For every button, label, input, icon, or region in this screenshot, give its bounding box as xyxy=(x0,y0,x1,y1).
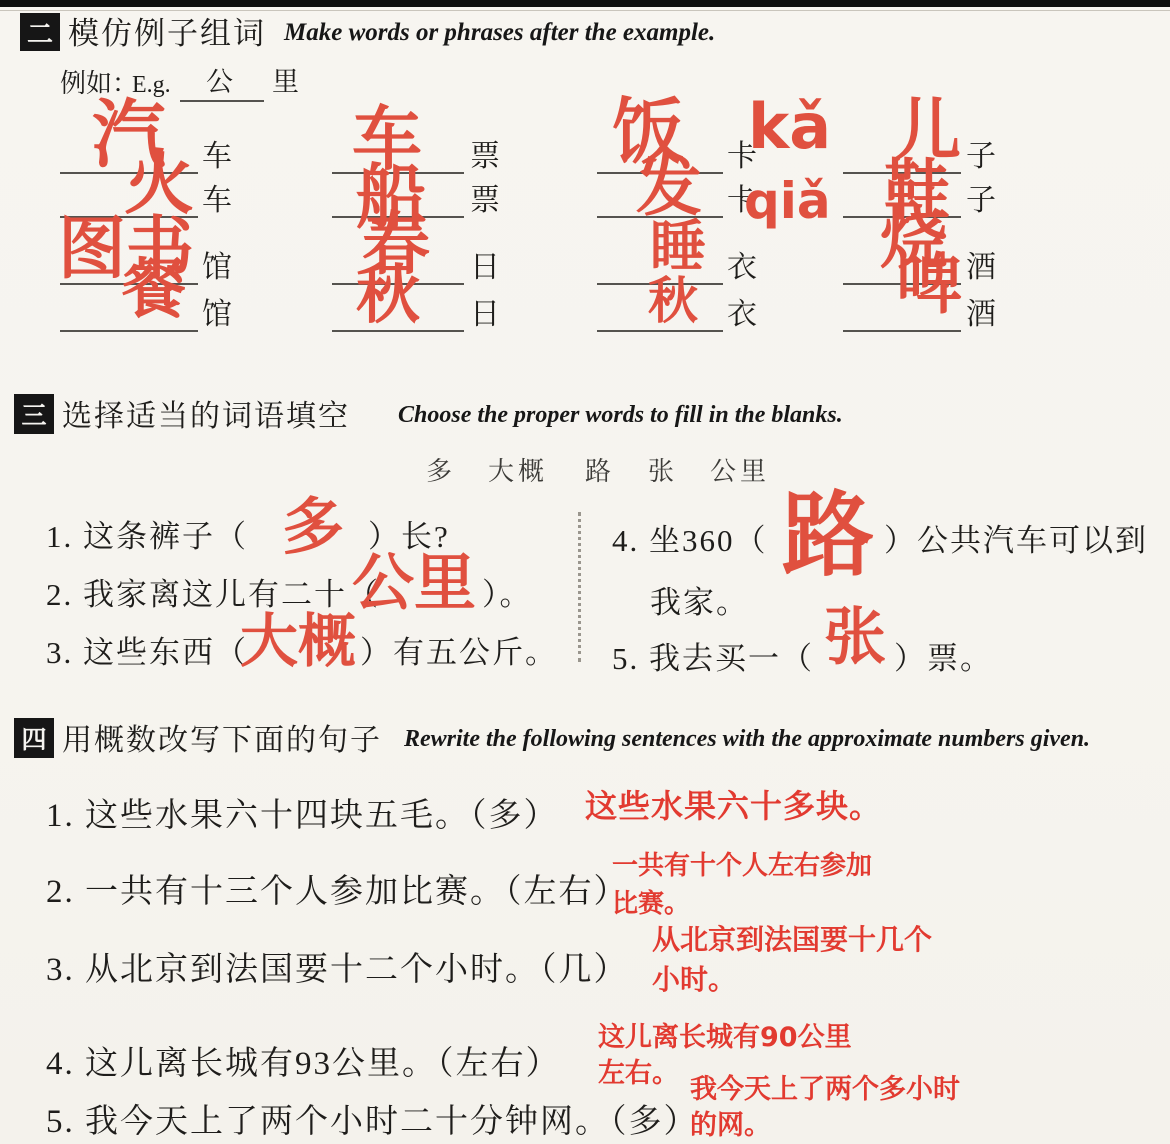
worksheet-page: 二 模仿例子组词 Make words or phrases after the… xyxy=(0,0,1170,1144)
column-divider xyxy=(578,512,581,662)
question-3-5-post: ）票。 xyxy=(894,640,993,679)
section2-title-zh: 模仿例子组词 xyxy=(68,15,266,54)
rewrite-answer-4-2-line1: 一共有十个人左右参加 xyxy=(612,853,872,879)
blank-line xyxy=(597,330,723,332)
handwritten-pinyin: qiǎ xyxy=(744,176,831,226)
handwritten-answer: 秋 xyxy=(648,276,698,326)
handwritten-answer: 啤 xyxy=(896,252,962,318)
word-suffix: 车 xyxy=(202,182,232,220)
rewrite-answer-4-3-line2: 小时。 xyxy=(652,966,736,994)
word-bank-item: 多 xyxy=(426,456,452,489)
word-suffix: 车 xyxy=(202,138,232,176)
handwritten-pinyin: kǎ xyxy=(748,96,831,158)
question-4-1: 1. 这些水果六十四块五毛。（多） xyxy=(46,796,559,837)
word-suffix: 日 xyxy=(470,249,500,287)
fill-answer-3-2: 公里 xyxy=(352,552,476,614)
rewrite-answer-4-5-line1: 我今天上了两个多小时 xyxy=(690,1076,960,1103)
handwritten-answer: 火 xyxy=(124,148,194,218)
scan-hairline xyxy=(0,10,1170,11)
section3-marker-label: 三 xyxy=(21,396,46,432)
handwritten-answer: 餐 xyxy=(122,258,186,322)
blank-line xyxy=(843,330,961,332)
section2-marker: 二 xyxy=(20,13,60,51)
question-4-4: 4. 这儿离长城有93公里。（左右） xyxy=(46,1044,561,1085)
fill-answer-3-3: 大概 xyxy=(240,612,356,670)
section3-title-zh: 选择适当的词语填空 xyxy=(62,398,350,436)
section3-title-en: Choose the proper words to fill in the b… xyxy=(398,402,843,429)
word-suffix: 日 xyxy=(470,296,500,334)
rewrite-answer-4-3-line1: 从北京到法国要十几个 xyxy=(652,926,932,954)
word-suffix: 酒 xyxy=(966,296,996,334)
question-3-2-post: ）。 xyxy=(482,576,533,615)
word-suffix: 票 xyxy=(470,138,500,176)
rewrite-answer-4-5-line2: 的网。 xyxy=(690,1112,771,1139)
word-suffix: 衣 xyxy=(727,249,757,287)
question-3-1-pre: 1. 这条裤子（ xyxy=(46,518,248,557)
question-4-2: 2. 一共有十三个人参加比赛。（左右） xyxy=(46,872,629,913)
fill-answer-3-5: 张 xyxy=(824,606,886,668)
question-3-5-pre: 5. 我去买一（ xyxy=(612,640,814,679)
section2-title-en: Make words or phrases after the example. xyxy=(284,19,715,47)
question-3-3-post: ）有五公斤。 xyxy=(360,634,558,673)
handwritten-answer: 睡 xyxy=(650,220,706,276)
word-suffix: 票 xyxy=(470,182,500,220)
section2-marker-label: 二 xyxy=(27,14,53,51)
example-blank-answer: 公 xyxy=(206,66,233,100)
section4-marker: 四 xyxy=(14,718,54,758)
word-bank-item: 大概 xyxy=(488,456,548,489)
word-suffix: 子 xyxy=(966,182,996,220)
rewrite-answer-4-2-line2: 比赛。 xyxy=(612,891,690,917)
question-3-4-post: ）公共汽车可以到 xyxy=(884,522,1148,561)
fill-answer-3-4: 路 xyxy=(782,490,874,582)
word-suffix: 馆 xyxy=(202,296,232,334)
example-blank-line xyxy=(180,100,264,102)
word-suffix: 子 xyxy=(966,138,996,176)
rewrite-answer-4-4-line2: 左右。 xyxy=(598,1060,679,1087)
scan-top-bar xyxy=(0,0,1170,7)
rewrite-answer-4-1: 这些水果六十多块。 xyxy=(585,790,882,822)
question-3-3-pre: 3. 这些东西（ xyxy=(46,634,248,673)
word-suffix: 酒 xyxy=(966,249,996,287)
word-bank-item: 公里 xyxy=(710,456,770,489)
word-bank-item: 路 xyxy=(585,456,611,489)
word-bank-item: 张 xyxy=(648,456,674,489)
fill-answer-3-1: 多 xyxy=(282,496,344,558)
question-3-4-cont: 我家。 xyxy=(650,584,749,623)
rewrite-answer-4-4-line1: 这儿离长城有90公里 xyxy=(598,1024,852,1051)
question-3-4-pre: 4. 坐360（ xyxy=(612,522,768,561)
question-4-3: 3. 从北京到法国要十二个小时。（几） xyxy=(46,950,629,991)
example-suffix: 里 xyxy=(272,66,299,100)
handwritten-answer: 秋 xyxy=(356,264,420,328)
word-suffix: 馆 xyxy=(202,249,232,287)
section4-title-en: Rewrite the following sentences with the… xyxy=(404,726,1090,753)
section4-marker-label: 四 xyxy=(21,720,46,756)
word-suffix: 衣 xyxy=(727,296,757,334)
section4-title-zh: 用概数改写下面的句子 xyxy=(62,722,382,760)
section3-marker: 三 xyxy=(14,394,54,434)
question-4-5: 5. 我今天上了两个小时二十分钟网。（多） xyxy=(46,1102,699,1143)
blank-line xyxy=(60,330,198,332)
handwritten-answer: 发 xyxy=(636,154,702,220)
